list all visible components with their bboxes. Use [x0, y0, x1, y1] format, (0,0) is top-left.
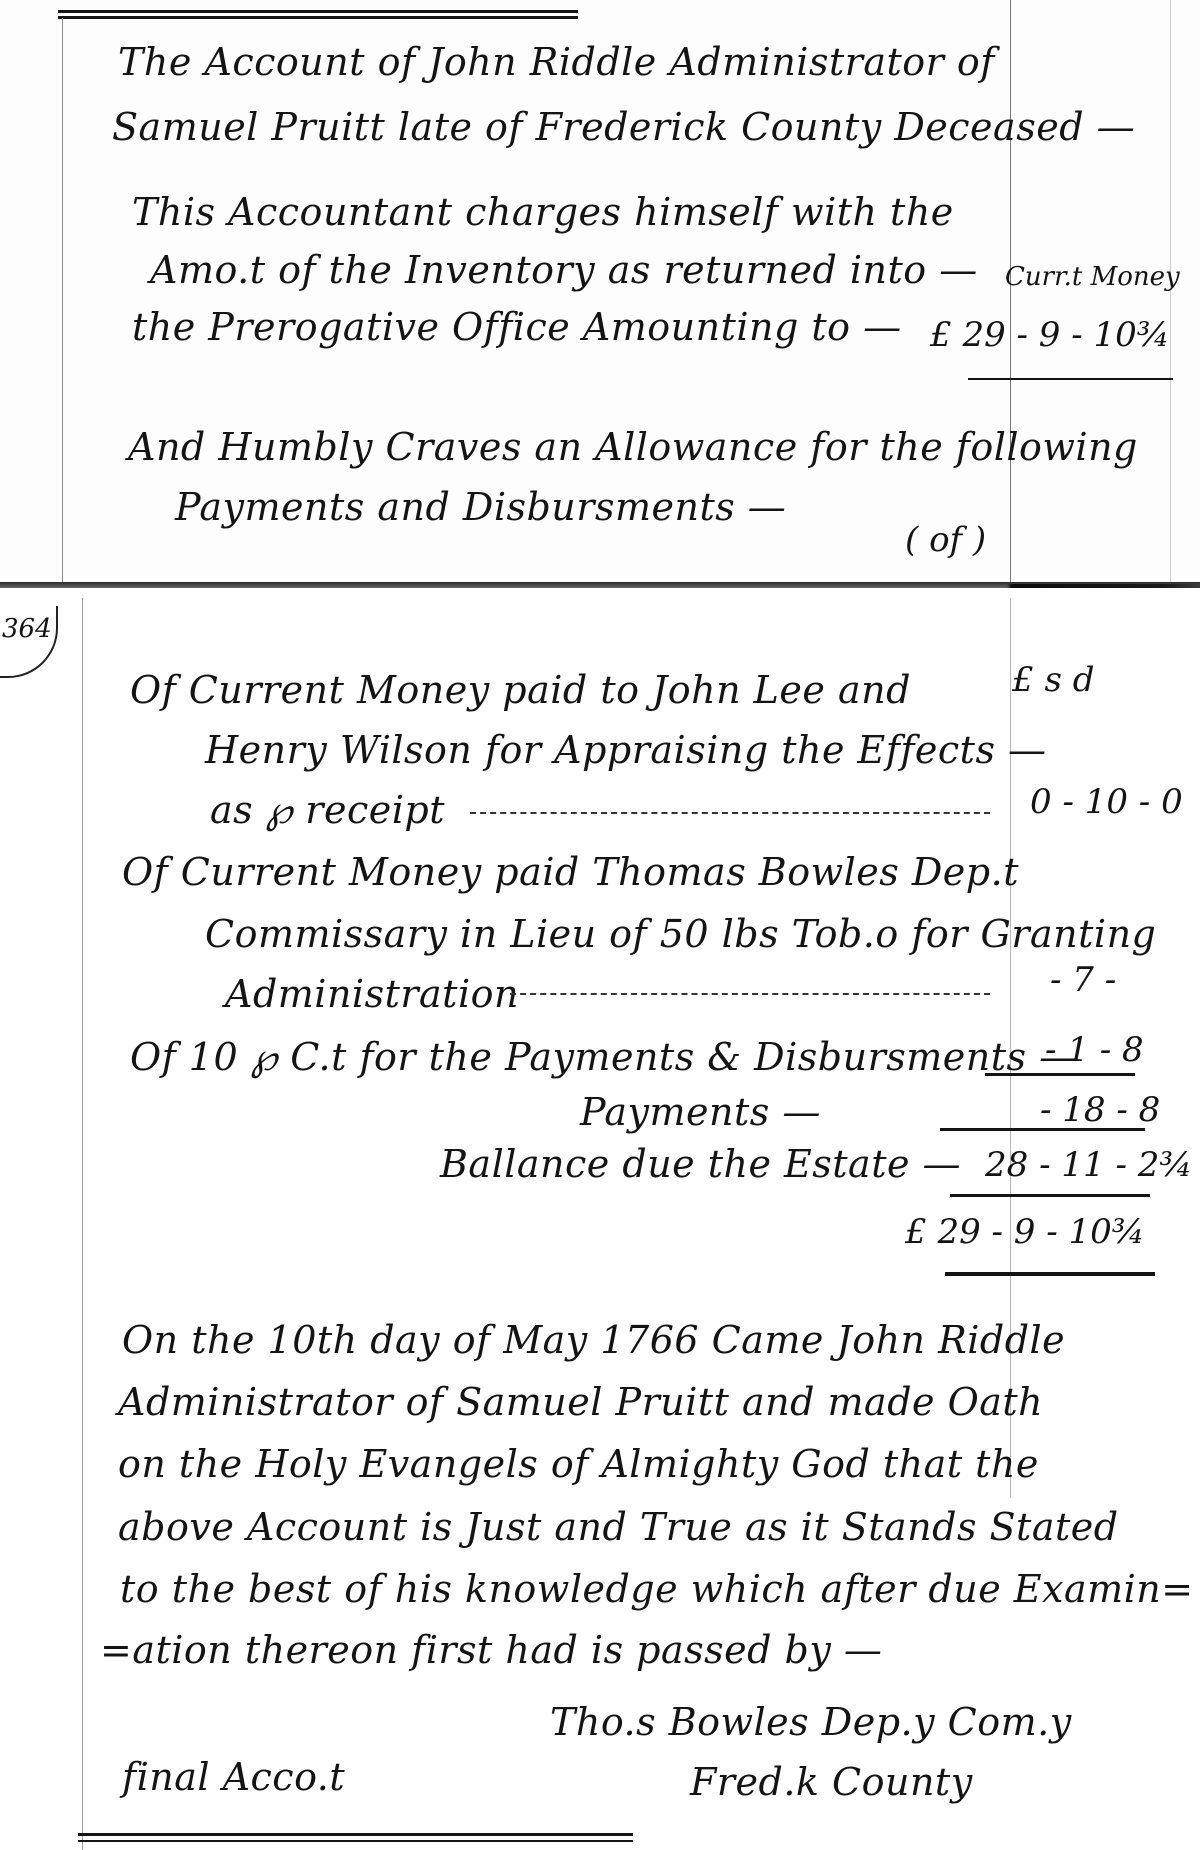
entry-2-amount: - 7 - — [1050, 960, 1116, 1000]
entry-1-line-1: Of Current Money paid to John Lee and — [130, 668, 911, 712]
signature-county: Fred.k County — [690, 1760, 973, 1804]
inventory-underline — [968, 378, 1173, 380]
left-margin-rule — [62, 18, 63, 584]
balance-label: Ballance due the Estate — — [440, 1142, 961, 1186]
left-margin-rule-lower — [82, 598, 83, 1850]
money-column-rule — [1010, 0, 1011, 584]
entry-3-amount: - 1 - 8 — [1045, 1030, 1144, 1070]
entry-1-amount: 0 - 10 - 0 — [1030, 782, 1183, 822]
entry-1-leader — [470, 812, 990, 814]
payments-total: - 18 - 8 — [1040, 1090, 1160, 1130]
bottom-rule-2 — [78, 1840, 633, 1842]
upper-page: The Account of John Riddle Administrator… — [0, 0, 1200, 588]
entry-2-line-3: Administration — [225, 972, 519, 1016]
catchword: ( of ) — [905, 520, 986, 560]
header-line-2: Samuel Pruitt late of Frederick County D… — [112, 105, 1135, 149]
oath-line-6: =ation thereon first had is passed by — — [100, 1628, 882, 1672]
entry-2-leader — [510, 993, 990, 995]
entry-2-line-2: Commissary in Lieu of 50 lbs Tob.o for G… — [205, 912, 1156, 956]
bottom-rule-1 — [78, 1833, 633, 1836]
header-line-3: This Accountant charges himself with the — [132, 190, 954, 234]
allowance-line-1: And Humbly Craves an Allowance for the f… — [128, 425, 1138, 469]
grand-total: £ 29 - 9 - 10¾ — [905, 1212, 1145, 1252]
entry-2-line-1: Of Current Money paid Thomas Bowles Dep.… — [122, 850, 1019, 894]
payments-label: Payments — — [580, 1090, 821, 1134]
entry-3-line-1: Of 10 ℘ C.t for the Payments & Disbursme… — [130, 1035, 1078, 1079]
allowance-line-2: Payments and Disbursments — — [175, 485, 786, 529]
oath-line-4: above Account is Just and True as it Sta… — [118, 1505, 1119, 1549]
balance-rule — [950, 1194, 1150, 1197]
signature: Tho.s Bowles Dep.y Com.y — [550, 1700, 1072, 1744]
balance-amount: 28 - 11 - 2¾ — [985, 1145, 1192, 1185]
oath-line-2: Administrator of Samuel Pruitt and made … — [118, 1380, 1043, 1424]
oath-line-5: to the best of his knowledge which after… — [120, 1567, 1194, 1611]
entry-1-line-2: Henry Wilson for Appraising the Effects … — [205, 728, 1047, 772]
page-edge-rule — [1170, 0, 1171, 584]
oath-line-3: on the Holy Evangels of Almighty God tha… — [118, 1442, 1039, 1486]
oath-line-1: On the 10th day of May 1766 Came John Ri… — [122, 1318, 1065, 1362]
inventory-amount: £ 29 - 9 - 10¾ — [930, 315, 1170, 355]
ledger-column-header: £ s d — [1012, 660, 1094, 700]
margin-note: final Acco.t — [122, 1755, 345, 1799]
double-rule-top — [58, 10, 578, 13]
subtotal-rule — [985, 1073, 1135, 1076]
entry-1-line-3: as ℘ receipt — [210, 788, 445, 832]
page-number: 364 — [2, 614, 52, 644]
header-line-5: the Prerogative Office Amounting to — — [132, 305, 902, 349]
grand-total-rule — [945, 1272, 1155, 1276]
header-line-1: The Account of John Riddle Administrator… — [118, 40, 995, 84]
currency-label: Curr.t Money — [1005, 262, 1180, 292]
payments-rule — [940, 1128, 1145, 1131]
header-line-4: Amo.t of the Inventory as returned into … — [150, 248, 978, 292]
double-rule-top-2 — [58, 16, 578, 19]
